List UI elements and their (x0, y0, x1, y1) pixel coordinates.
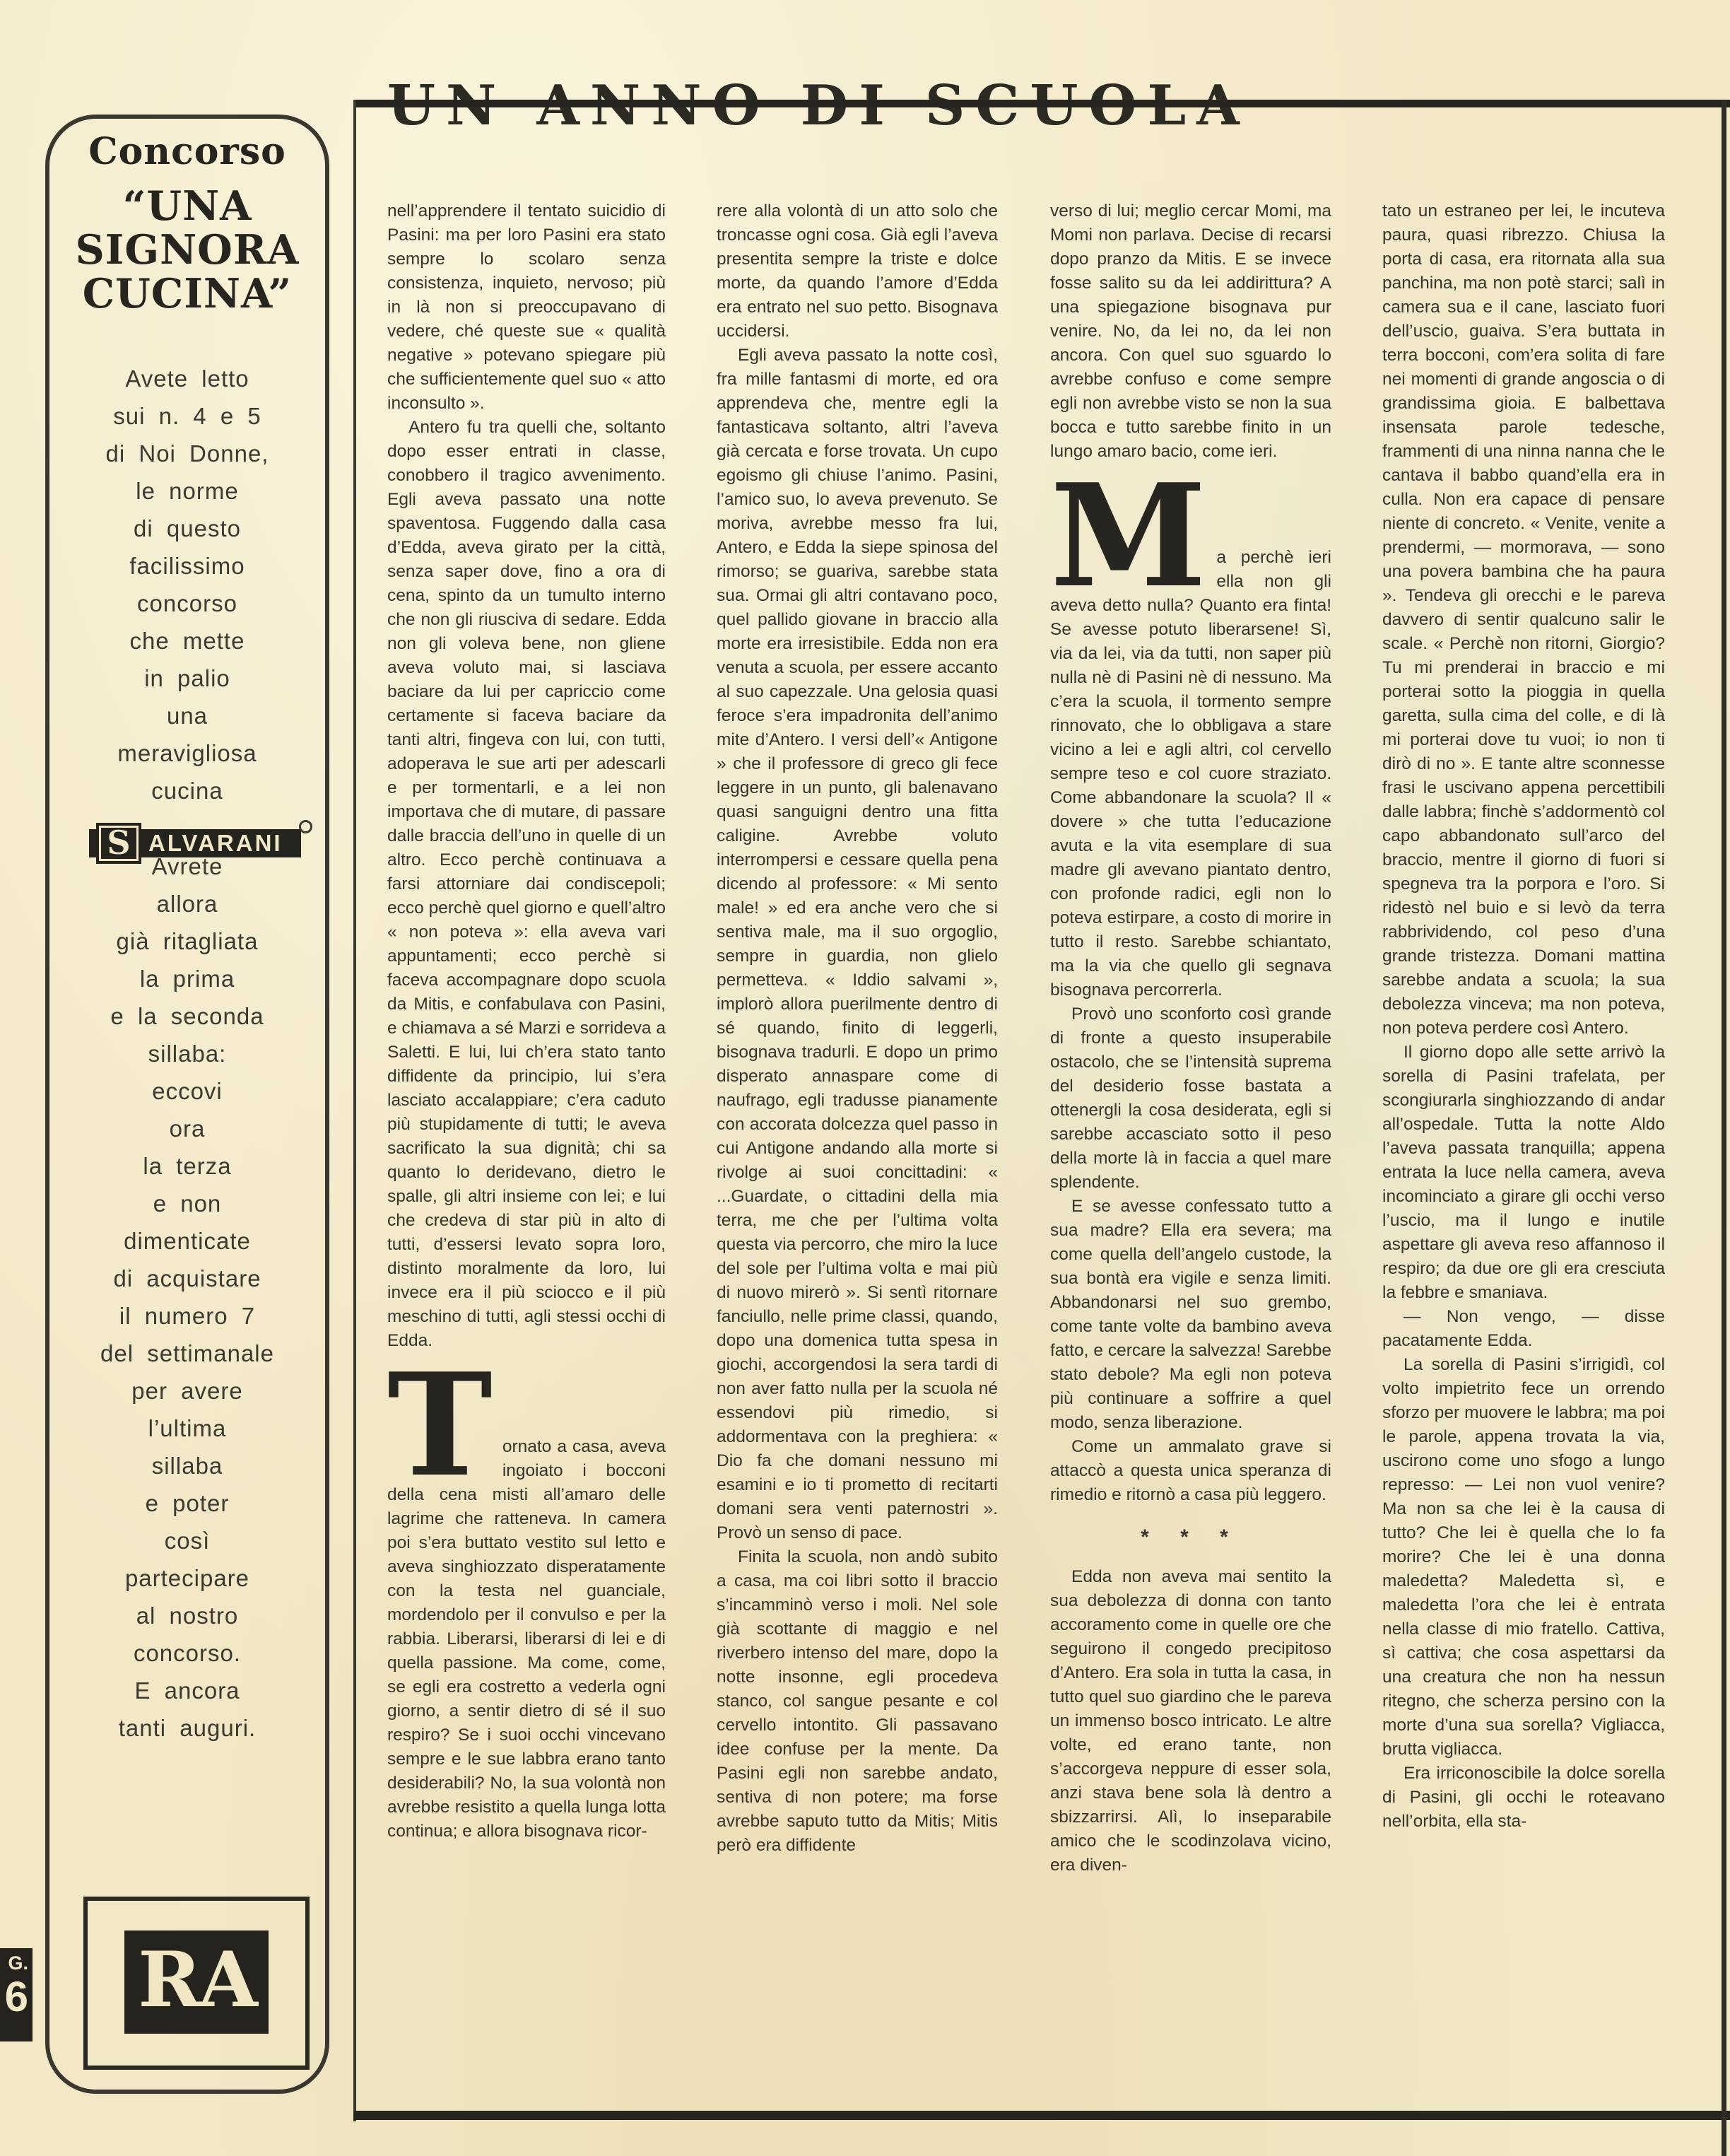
article-paragraph: Era irriconoscibile la dolce sorella di … (1382, 1762, 1665, 1834)
article-paragraph: Tornato a casa, aveva ingoiato i bocconi… (387, 1435, 666, 1844)
ra-logo: RA (124, 1931, 269, 2034)
article-column-4: tato un estraneo per lei, le incuteva pa… (1382, 199, 1665, 2083)
contest-outro-line: partecipare (49, 1559, 325, 1597)
contest-outro-line: dimenticate (49, 1222, 325, 1260)
contest-intro-line: sui n. 4 e 5 (49, 397, 325, 435)
section-separator: * * * (1050, 1525, 1331, 1549)
contest-outro-line: ora (49, 1110, 325, 1147)
contest-intro-line: in palio (49, 660, 325, 697)
article-paragraph: — Non vengo, — disse pacatamente Edda. (1382, 1305, 1665, 1353)
contest-outro-line: e la seconda (49, 997, 325, 1035)
contest-intro-line: Avete letto (49, 360, 325, 397)
article-column-3: verso di lui; meglio cercar Momi, ma Mom… (1050, 199, 1331, 2083)
contest-intro-line: meravigliosa (49, 734, 325, 772)
title-rule (355, 100, 1730, 107)
article-paragraph: Finita la scuola, non andò subito a casa… (717, 1545, 998, 1858)
ra-logo-frame: RA (83, 1897, 310, 2070)
article-paragraph: Come un ammalato grave si attaccò a ques… (1050, 1435, 1331, 1507)
contest-sidebar: Concorso “UNASIGNORACUCINA” Avete lettos… (45, 115, 329, 2094)
contest-intro-line: cucina (49, 772, 325, 809)
contest-outro-line: il numero 7 (49, 1297, 325, 1335)
page-number-badge: G. 6 (0, 1948, 33, 2041)
contest-outro-line: di acquistare (49, 1260, 325, 1297)
contest-title-line: SIGNORA (49, 228, 325, 272)
contest-outro-line: e non (49, 1185, 325, 1222)
contest-outro-line: al nostro (49, 1597, 325, 1634)
contest-title-line: CUCINA” (49, 272, 325, 316)
article-paragraph: tato un estraneo per lei, le incuteva pa… (1382, 199, 1665, 1041)
contest-outro-line: sillaba (49, 1447, 325, 1484)
contest-title: “UNASIGNORACUCINA” (49, 184, 325, 316)
contest-intro-text: Avete lettosui n. 4 e 5di Noi Donne,le n… (49, 360, 325, 809)
article-paragraph: E se avesse confessato tutto a sua madre… (1050, 1195, 1331, 1435)
contest-title-line: “UNA (49, 184, 325, 228)
contest-outro-line: allora (49, 885, 325, 922)
contest-intro-line: concorso (49, 585, 325, 622)
contest-intro-line: che mette (49, 622, 325, 660)
contest-kicker: Concorso (49, 130, 325, 173)
contest-outro-line: la prima (49, 960, 325, 997)
contest-outro-line: così (49, 1522, 325, 1559)
contest-intro-line: facilissimo (49, 547, 325, 585)
contest-outro-line: tanti auguri. (49, 1709, 325, 1747)
contest-outro-line: concorso. (49, 1634, 325, 1672)
article-paragraph: rere alla volontà di un atto solo che tr… (717, 199, 998, 344)
contest-outro-line: del settimanale (49, 1335, 325, 1372)
salvarani-s-icon: S (96, 823, 141, 864)
article-paragraph: Il giorno dopo alle sette arrivò la sore… (1382, 1041, 1665, 1305)
contest-outro-line: sillaba: (49, 1035, 325, 1072)
contest-outro-line: E ancora (49, 1672, 325, 1709)
article-left-border (353, 100, 356, 2121)
contest-intro-line: di questo (49, 510, 325, 547)
article-paragraph: Edda non aveva mai sentito la sua debole… (1050, 1565, 1331, 1877)
page-number: 6 (0, 1974, 28, 2020)
article-column-1: nell’apprendere il tentato suicidio di P… (387, 199, 666, 2083)
contest-intro-line: una (49, 697, 325, 734)
contest-intro-line: di Noi Donne, (49, 435, 325, 472)
article-paragraph: La sorella di Pasini s’irrigidì, col vol… (1382, 1353, 1665, 1762)
salvarani-logo: ALVARANI S (89, 823, 301, 864)
trademark-circle-icon (299, 820, 312, 833)
contest-outro-line: e poter (49, 1484, 325, 1522)
contest-outro-line: eccovi (49, 1072, 325, 1110)
page-bottom-rule (353, 2111, 1730, 2120)
dropcap-letter: M (1050, 484, 1206, 590)
article-paragraph: Provò uno sconforto così grande di front… (1050, 1002, 1331, 1195)
article-paragraph: nell’apprendere il tentato suicidio di P… (387, 199, 666, 416)
article-paragraph: verso di lui; meglio cercar Momi, ma Mom… (1050, 199, 1331, 464)
contest-outro-line: già ritagliata (49, 922, 325, 960)
page-badge-text: G. (0, 1952, 28, 1974)
contest-outro-line: per avere (49, 1372, 325, 1410)
article-paragraph: Antero fu tra quelli che, soltanto dopo … (387, 416, 666, 1353)
page-right-edge (1722, 101, 1726, 2156)
dropcap-letter: T (387, 1373, 493, 1479)
contest-outro-line: la terza (49, 1147, 325, 1185)
contest-outro-text: Avretealloragià ritagliatala primae la s… (49, 848, 325, 1747)
magazine-page: { "page": { "title": "UN ANNO DI SCUOLA"… (0, 0, 1730, 2156)
article-column-2: rere alla volontà di un atto solo che tr… (717, 199, 998, 2083)
contest-intro-line: le norme (49, 472, 325, 510)
article-paragraph: Egli aveva passato la notte così, fra mi… (717, 344, 998, 1545)
article-paragraph: Ma perchè ieri ella non gli aveva detto … (1050, 546, 1331, 1002)
contest-outro-line: l’ultima (49, 1410, 325, 1447)
